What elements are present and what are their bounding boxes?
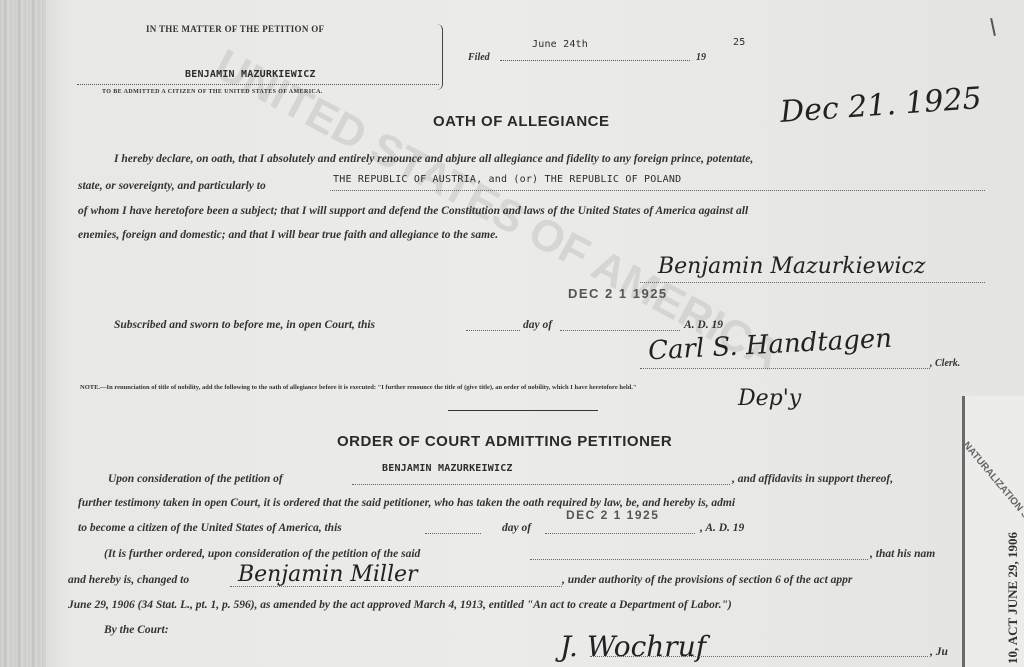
order-line-4-suffix: , that his nam	[870, 548, 935, 560]
order-line-1-suffix: , and affidavits in support thereof,	[732, 473, 893, 485]
clerk-line	[640, 368, 930, 369]
order-line-6: June 29, 1906 (34 Stat. L., pt. 1, p. 59…	[68, 599, 732, 611]
filed-year: 25	[733, 37, 745, 48]
to-be-admitted-label: TO BE ADMITTED A CITIZEN OF THE UNITED S…	[102, 89, 323, 95]
judge-line	[590, 656, 928, 657]
order-ad: , A. D. 19	[700, 522, 744, 534]
subscribed-label: Subscribed and sworn to before me, in op…	[114, 319, 375, 331]
subscribed-day-of: day of	[523, 319, 552, 331]
order-line-5-prefix: and hereby is, changed to	[68, 574, 189, 586]
header-divider	[77, 84, 439, 85]
signature-line	[640, 282, 985, 283]
in-the-matter-label: IN THE MATTER OF THE PETITION OF	[146, 24, 324, 34]
subscribed-month-line	[560, 330, 680, 331]
order-line-4-prefix: (It is further ordered, upon considerati…	[104, 548, 420, 560]
nobility-note: NOTE.—In renunciation of title of nobili…	[80, 384, 637, 391]
oath-line-1: I hereby declare, on oath, that I absolu…	[114, 153, 753, 165]
oath-line-4: enemies, foreign and domestic; and that …	[78, 229, 498, 241]
attached-sheet: NATURALIZATION SERVICE 10, ACT JUNE 29, …	[962, 396, 1024, 667]
order-title: ORDER OF COURT ADMITTING PETITIONER	[337, 433, 672, 450]
order-line-1-prefix: Upon consideration of the petition of	[108, 473, 283, 485]
judge-signature: J. Wochruf	[560, 630, 706, 663]
petitioner-name-header: BENJAMIN MAZURKIEWICZ	[185, 69, 316, 80]
sovereignty-line	[330, 190, 985, 191]
order-said-line	[530, 559, 868, 560]
order-petitioner-line	[352, 484, 730, 485]
new-name-handwritten: Benjamin Miller	[238, 562, 418, 587]
oath-line-2-prefix: state, or sovereignty, and particularly …	[78, 180, 266, 192]
order-line-3-prefix: to become a citizen of the United States…	[78, 522, 342, 534]
filed-year-prefix: 19	[696, 52, 706, 63]
deputy-initials: Dep'y	[738, 386, 801, 411]
judge-suffix: , Ju	[930, 646, 948, 658]
oath-line-3: of whom I have heretofore been a subject…	[78, 205, 748, 217]
oath-date-stamp: DEC 2 1 1925	[568, 286, 668, 301]
by-the-court-label: By the Court:	[104, 624, 169, 636]
filed-label: Filed	[468, 52, 490, 63]
order-month-line	[545, 533, 695, 534]
subscribed-ad: A. D. 19	[684, 319, 723, 331]
petitioner-signature: Benjamin Mazurkiewicz	[658, 254, 925, 279]
order-line-5-suffix: , under authority of the provisions of s…	[562, 574, 852, 586]
subscribed-day-line	[466, 330, 520, 331]
header-bracket	[434, 24, 443, 90]
section-divider	[448, 410, 598, 411]
order-date-stamp: DEC 2 1 1925	[566, 508, 659, 522]
order-day-line	[425, 533, 481, 534]
sovereignty-typed: THE REPUBLIC OF AUSTRIA, and (or) THE RE…	[333, 174, 681, 185]
oath-title: OATH OF ALLEGIANCE	[433, 113, 610, 130]
filed-date: June 24th	[532, 39, 588, 50]
filed-date-line	[500, 60, 690, 61]
attached-vertical-text: 10, ACT JUNE 29, 1906	[1005, 532, 1021, 664]
clerk-label: , Clerk.	[930, 358, 960, 369]
binding-edge	[0, 0, 46, 667]
order-petitioner-typed: BENJAMIN MAZURKEIWICZ	[382, 463, 513, 474]
order-day-of: day of	[502, 522, 531, 534]
